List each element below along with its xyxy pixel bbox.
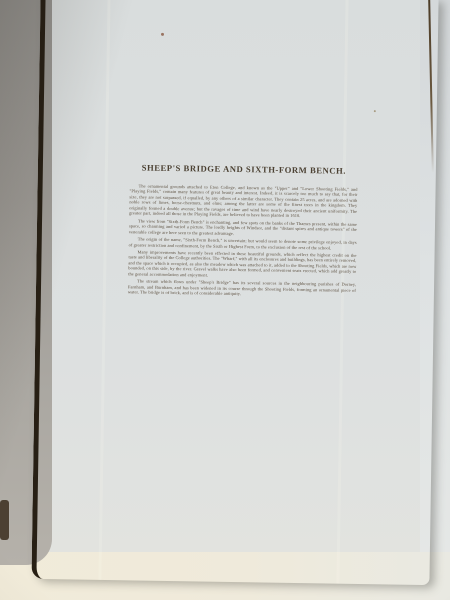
paragraph: The view from "Sixth-Form Bench" is ench…: [129, 218, 357, 238]
paragraph: The origin of the name, "Sixth-Form Benc…: [129, 236, 357, 250]
page-title: SHEEP'S BRIDGE AND SIXTH-FORM BENCH.: [130, 162, 358, 176]
book-photo: SHEEP'S BRIDGE AND SIXTH-FORM BENCH. The…: [0, 0, 450, 600]
paragraph: Many improvements have recently been eff…: [128, 249, 356, 280]
paragraph: The ornamental grounds attached to Eton …: [129, 183, 357, 219]
book-page: SHEEP'S BRIDGE AND SIXTH-FORM BENCH. The…: [31, 0, 438, 585]
cover-corner-shadow: [0, 500, 9, 540]
body-text: The ornamental grounds attached to Eton …: [128, 183, 358, 298]
paper-crease: [98, 0, 110, 580]
paper-speck: [161, 33, 164, 36]
paper-speck: [374, 110, 376, 112]
printed-text-block: SHEEP'S BRIDGE AND SIXTH-FORM BENCH. The…: [128, 162, 358, 300]
paragraph: The stream which flows under "Sheep's Br…: [128, 279, 356, 299]
